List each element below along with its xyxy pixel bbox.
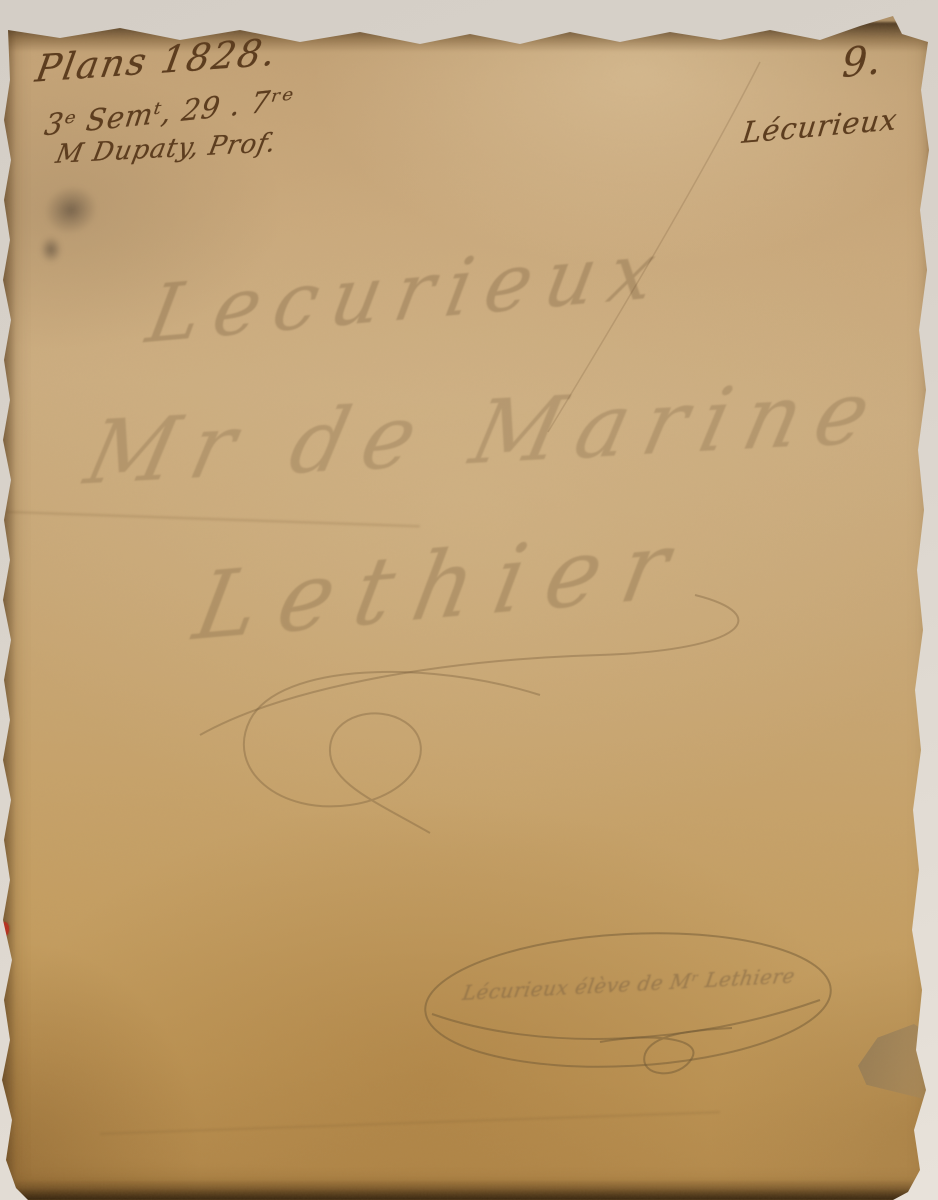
torn-corner-patch (858, 1024, 928, 1100)
pencil-inscription-lethier: Lethier (188, 518, 698, 655)
ink-signature-lecurieux: Lécurieux (740, 105, 899, 148)
pencil-inscription-lecurieux: Lecurieux (141, 230, 675, 355)
torn-bottom-edge (0, 1180, 938, 1200)
photograph-of-manuscript-cover: Plans 1828. 3ᵉ Semᵗ, 29 . 7ʳᵉ M Dupaty, … (0, 0, 938, 1200)
ink-smudge (37, 178, 104, 242)
torn-right-edge (926, 0, 938, 1200)
pencil-oval-inscription: Lécurieux élève de Mʳ Lethiere (424, 963, 835, 1005)
pencil-flourish-loop (244, 672, 540, 833)
pencil-oval-underline (432, 1000, 820, 1039)
aged-paper-sheet: Plans 1828. 3ᵉ Semᵗ, 29 . 7ʳᵉ M Dupaty, … (0, 0, 938, 1200)
red-wax-mark (0, 922, 9, 936)
paper-crease (100, 1111, 720, 1135)
ink-page-number: 9. (841, 40, 880, 84)
ink-smudge (40, 236, 62, 263)
pencil-inscription-mr-de-marine: Mr de Marine (78, 369, 893, 498)
torn-left-edge (0, 0, 16, 1200)
paper-crease (0, 511, 420, 528)
pencil-oval-tail-loop (600, 1028, 732, 1073)
